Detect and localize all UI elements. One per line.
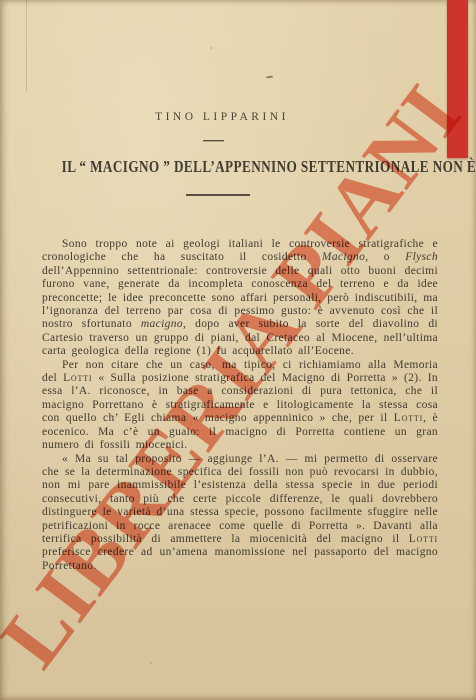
text-segment: « Ma su tal proposito — aggiunge l’A. — … xyxy=(42,453,438,545)
body-text: Sono troppo note ai geologi italiani le … xyxy=(42,238,438,573)
title-divider-rule xyxy=(186,194,250,196)
text-segment: Lotti xyxy=(63,372,92,384)
text-segment: Lotti xyxy=(409,533,438,545)
paragraph: « Ma su tal proposito — aggiunge l’A. — … xyxy=(42,453,438,574)
text-segment: preferisce credere ad un’amena manomissi… xyxy=(42,546,438,571)
paper-crease xyxy=(26,0,27,92)
text-segment: , o xyxy=(365,251,405,263)
author-line: TINO LIPPARINI xyxy=(42,111,402,123)
author-divider-rule xyxy=(203,140,224,141)
scanned-page: TINO LIPPARINI IL “ MACIGNO ” DELL’APPEN… xyxy=(0,0,476,700)
text-segment: « Sulla posizione stratigrafica del Maci… xyxy=(42,372,438,424)
article-title-text: IL “ MACIGNO ” DELL’APPENNINO SETTENTRIO… xyxy=(62,157,476,177)
article-title: IL “ MACIGNO ” DELL’APPENNINO SETTENTRIO… xyxy=(0,157,476,177)
paper-speck xyxy=(150,662,152,664)
text-segment: Lotti xyxy=(394,412,423,424)
paragraph: Per non citare che un caso, ma tipico, c… xyxy=(42,359,438,453)
text-segment: Macigno xyxy=(322,251,365,263)
red-stripe-mark xyxy=(447,0,468,158)
paper-speck xyxy=(210,47,212,49)
text-segment: Flysch xyxy=(405,251,438,263)
text-segment: macigno xyxy=(141,318,183,330)
paragraph: Sono troppo note ai geologi italiani le … xyxy=(42,238,438,359)
paper-speck xyxy=(266,76,273,79)
